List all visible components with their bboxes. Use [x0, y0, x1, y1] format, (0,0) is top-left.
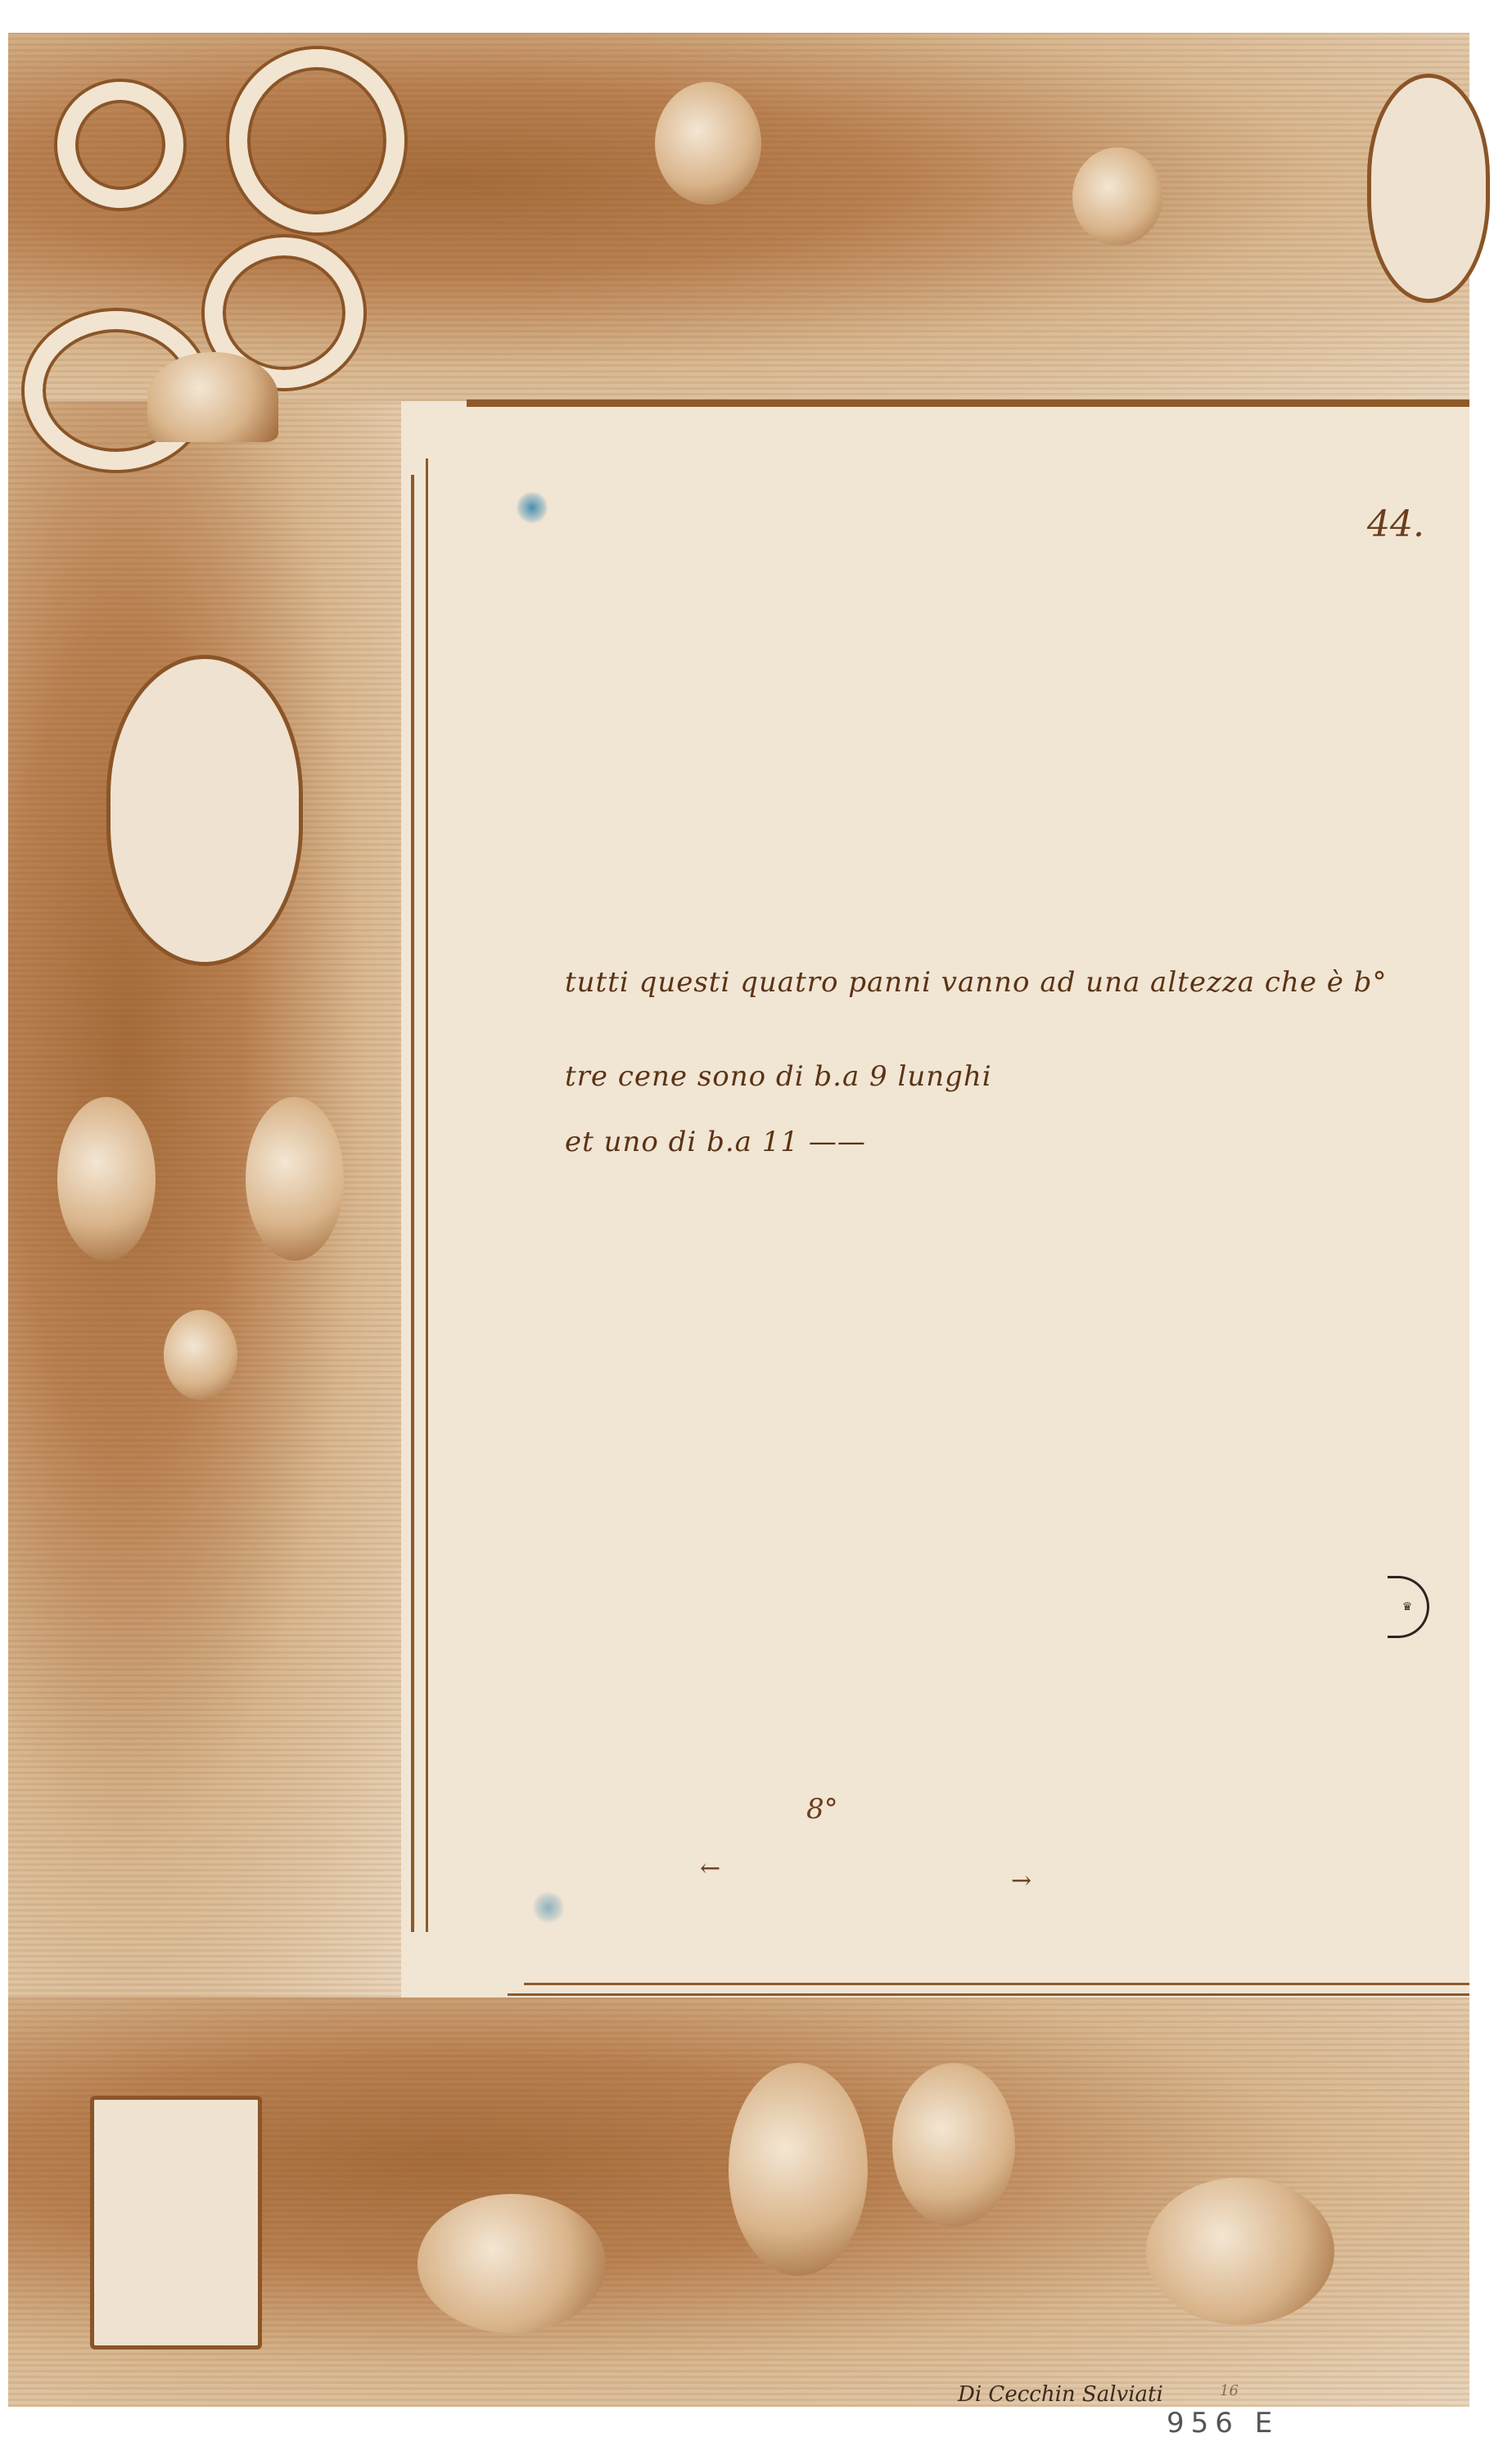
measurement-label: 8°	[806, 1793, 838, 1826]
frame-left-line-inner	[426, 458, 428, 1932]
inscription-line-3: et uno di b.a 11 ——	[565, 1126, 866, 1158]
left-oval-cartouche	[106, 655, 303, 966]
scroll-ornament	[229, 49, 404, 232]
catalog-number: 956 E	[1167, 2407, 1279, 2440]
blue-stain	[516, 491, 548, 524]
frame-top-line	[467, 399, 1469, 407]
sheet-number: 44.	[1367, 503, 1424, 545]
central-blank-panel	[401, 401, 1469, 1997]
satyr-figure	[57, 1097, 156, 1261]
blue-stain	[532, 1891, 565, 1924]
frame-bottom-line	[524, 1983, 1469, 1985]
top-right-cartouche	[1367, 74, 1490, 303]
fruit-garland	[1146, 2178, 1334, 2325]
frame-left-line	[411, 475, 414, 1932]
small-number: 16	[1220, 2382, 1239, 2399]
frame-bottom-line-inner	[508, 1993, 1469, 1996]
putto-figure	[1072, 147, 1162, 246]
shell-ornament	[147, 352, 278, 442]
fruit-garland	[417, 2194, 606, 2333]
putto-figure	[655, 82, 761, 205]
inscription-line-1: tutti questi quatro panni vanno ad una a…	[565, 966, 1387, 999]
arrow-left-icon: ←	[700, 1854, 720, 1883]
inscription-line-2: tre cene sono di b.a 9 lunghi	[565, 1060, 992, 1093]
scroll-ornament	[57, 82, 183, 208]
pedestal-panel	[90, 2096, 262, 2349]
drawing-sheet: 44. tutti questi quatro panni vanno ad u…	[8, 33, 1469, 2407]
putto-figure	[892, 2063, 1015, 2227]
putto-figure	[729, 2063, 868, 2276]
satyr-figure	[246, 1097, 344, 1261]
attribution-inscription: Di Cecchin Salviati	[958, 2382, 1163, 2407]
grotesque-mask	[164, 1310, 237, 1400]
arrow-right-icon: →	[1011, 1866, 1031, 1895]
